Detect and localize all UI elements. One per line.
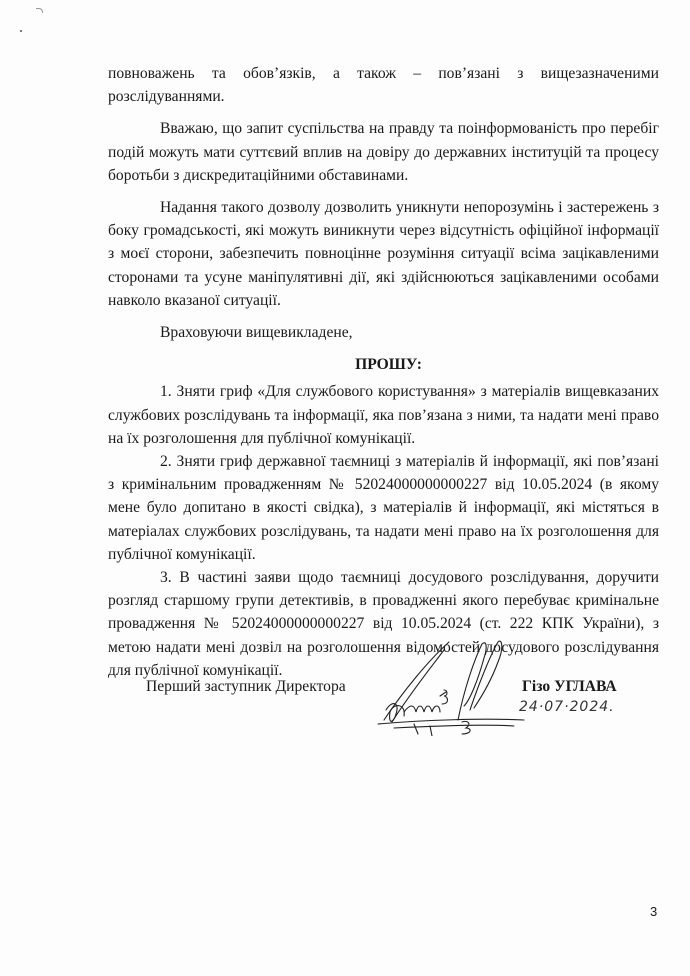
request-item-1: 1. Зняти гриф «Для службового користуван… [108,380,659,450]
paragraph-permission-rationale: Надання такого дозволу дозволить уникнут… [108,196,659,312]
signature-block: Перший заступник Директора Гізо УГЛАВА 2… [146,674,666,734]
document-body: повноважень та обов’язків, а також – пов… [108,62,659,682]
signatory-name: Гізо УГЛАВА [522,678,617,696]
paragraph-continuation: повноважень та обов’язків, а також – пов… [108,62,659,108]
signatory-position: Перший заступник Директора [146,678,346,696]
handwritten-date: 24·07·2024. [519,699,615,715]
paragraph-considering: Враховуючи вищевикладене, [108,321,659,344]
scan-artifact [20,30,22,32]
document-page: повноважень та обов’язків, а також – пов… [0,0,690,976]
paragraph-public-request: Вважаю, що запит суспільства на правду т… [108,117,659,187]
handwritten-signature-icon [374,640,534,736]
request-heading: ПРОШУ: [108,353,659,376]
scan-artifact [36,8,43,13]
request-item-2: 2. Зняти гриф державної таємниці з матер… [108,450,659,566]
page-number: 3 [650,904,657,919]
